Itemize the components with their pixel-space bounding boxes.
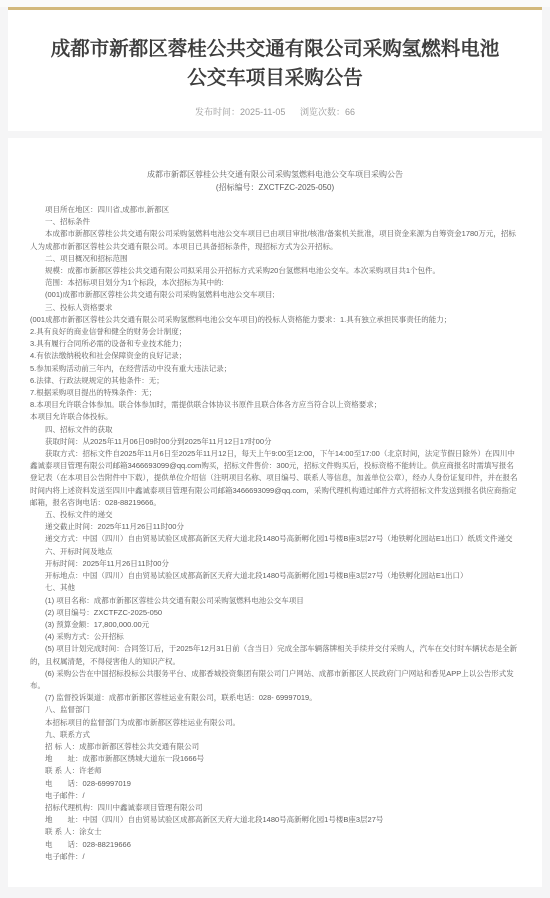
paragraph: 七、其他 — [30, 582, 520, 594]
paragraph: (1) 项目名称：成都市新都区蓉桂公共交通有限公司采购氢燃料电池公交车项目 — [30, 595, 520, 607]
meta-line: 发布时间：2025-11-05 浏览次数：66 — [38, 105, 512, 118]
view-count: 浏览次数：66 — [300, 107, 355, 117]
paragraph: 联 系 人：涂女士 — [30, 826, 520, 838]
paragraph: 5.参加采购活动前三年内，在经营活动中没有重大违法记录； — [30, 363, 520, 375]
paragraph: 四、招标文件的获取 — [30, 424, 520, 436]
paragraph: 招标代理机构：四川中鑫诚泰项目管理有限公司 — [30, 802, 520, 814]
paragraph: (4) 采购方式：公开招标 — [30, 631, 520, 643]
paragraph: 项目所在地区：四川省,成都市,新都区 — [30, 204, 520, 216]
paragraph: 6.法律、行政法规规定的其他条件：无； — [30, 375, 520, 387]
paragraph: 本项目允许联合体投标。 — [30, 411, 520, 423]
paragraph: 一、招标条件 — [30, 216, 520, 228]
view-count-label: 浏览次数： — [300, 107, 345, 117]
card-gap — [0, 131, 550, 138]
top-strip — [0, 0, 550, 7]
publish-time-label: 发布时间： — [195, 107, 240, 117]
announcement-body-section: 成都市新都区蓉桂公共交通有限公司采购氢燃料电池公交车项目采购公告 (招标编号：Z… — [8, 138, 542, 887]
paragraph: 递交方式：中国（四川）自由贸易试验区成都高新区天府大道北段1480号高新孵化园1… — [30, 533, 520, 545]
document-title: 成都市新都区蓉桂公共交通有限公司采购氢燃料电池公交车项目采购公告 — [30, 168, 520, 181]
paragraph: 电 话：028-88219666 — [30, 839, 520, 851]
paragraph: 获取时间：从2025年11月06日09时00分到2025年11月12日17时00… — [30, 436, 520, 448]
view-count-value: 66 — [345, 107, 355, 117]
paragraph: 获取方式：招标文件自2025年11月6日至2025年11月12日，每天上午9:0… — [30, 448, 520, 509]
paragraph: 五、投标文件的递交 — [30, 509, 520, 521]
page-title: 成都市新都区蓉桂公共交通有限公司采购氢燃料电池公交车项目采购公告 — [38, 35, 512, 93]
paragraph: (001成都市新都区蓉桂公共交通有限公司采购氢燃料电池公交车项目)的投标人资格能… — [30, 314, 520, 326]
announcement-page: { "page": { "accent_color": "#d2b87c", "… — [0, 0, 550, 898]
paragraph: (5) 项目计划完成时间：合同签订后，于2025年12月31日前（含当日）完成全… — [30, 643, 520, 667]
bid-number-line: (招标编号：ZXCTFZC-2025-050) — [30, 181, 520, 194]
paragraph: 3.具有履行合同所必需的设备和专业技术能力； — [30, 338, 520, 350]
publish-time: 发布时间：2025-11-05 — [195, 107, 285, 117]
paragraph: 开标地点：中国（四川）自由贸易试验区成都高新区天府大道北段1480号高新孵化园1… — [30, 570, 520, 582]
paragraph: 4.有依法缴纳税收和社会保障资金的良好记录； — [30, 350, 520, 362]
paragraph: (6) 采购公告在中国招标投标公共服务平台、成都香城投资集团有限公司门户网站、成… — [30, 668, 520, 692]
paragraph: (7) 监督投诉渠道：成都市新都区蓉桂运业有限公司，联系电话：028- 6999… — [30, 692, 520, 704]
paragraph: 地 址：成都市新都区绣城大道东一段1666号 — [30, 753, 520, 765]
paragraph: 八、监督部门 — [30, 704, 520, 716]
title-section: 成都市新都区蓉桂公共交通有限公司采购氢燃料电池公交车项目采购公告 发布时间：20… — [8, 10, 542, 131]
paragraph: 联 系 人：许老师 — [30, 765, 520, 777]
paragraph: 电 话：028-69997019 — [30, 778, 520, 790]
paragraph: 招 标 人：成都市新都区蓉桂公共交通有限公司 — [30, 741, 520, 753]
paragraph: 电子邮件：/ — [30, 790, 520, 802]
paragraph: 电子邮件：/ — [30, 851, 520, 863]
paragraph: 二、项目概况和招标范围 — [30, 253, 520, 265]
paragraph: 开标时间：2025年11月26日11时00分 — [30, 558, 520, 570]
paragraph: 本成都市新都区蓉桂公共交通有限公司采购氢燃料电池公交车项目已由项目审批/核准/备… — [30, 228, 520, 252]
paragraph: 地 址：中国（四川）自由贸易试验区成都高新区天府大道北段1480号高新孵化园1号… — [30, 814, 520, 826]
paragraph: 8.本项目允许联合体参加。联合体参加时，需提供联合体协议书原件且联合体各方应当符… — [30, 399, 520, 411]
paragraph: (3) 预算金额：17,800,000.00元 — [30, 619, 520, 631]
paragraph: 本招标项目的监督部门为成都市新都区蓉桂运业有限公司。 — [30, 717, 520, 729]
paragraph: 三、投标人资格要求 — [30, 302, 520, 314]
paragraph: 九、联系方式 — [30, 729, 520, 741]
paragraph: (2) 项目编号：ZXCTFZC-2025-050 — [30, 607, 520, 619]
paragraph: 递交截止时间：2025年11月26日11时00分 — [30, 521, 520, 533]
paragraph: 2.具有良好的商业信誉和健全的财务会计制度； — [30, 326, 520, 338]
paragraph: 7.根据采购项目提出的特殊条件：无； — [30, 387, 520, 399]
document-body: 项目所在地区：四川省,成都市,新都区一、招标条件本成都市新都区蓉桂公共交通有限公… — [30, 204, 520, 863]
publish-time-value: 2025-11-05 — [240, 107, 285, 117]
paragraph: 范围：本招标项目划分为1个标段，本次招标为其中的: — [30, 277, 520, 289]
paragraph: (001)成都市新都区蓉桂公共交通有限公司采购氢燃料电池公交车项目; — [30, 289, 520, 301]
paragraph: 规模：成都市新都区蓉桂公共交通有限公司拟采用公开招标方式采购20台氢燃料电池公交… — [30, 265, 520, 277]
paragraph: 六、开标时间及地点 — [30, 546, 520, 558]
